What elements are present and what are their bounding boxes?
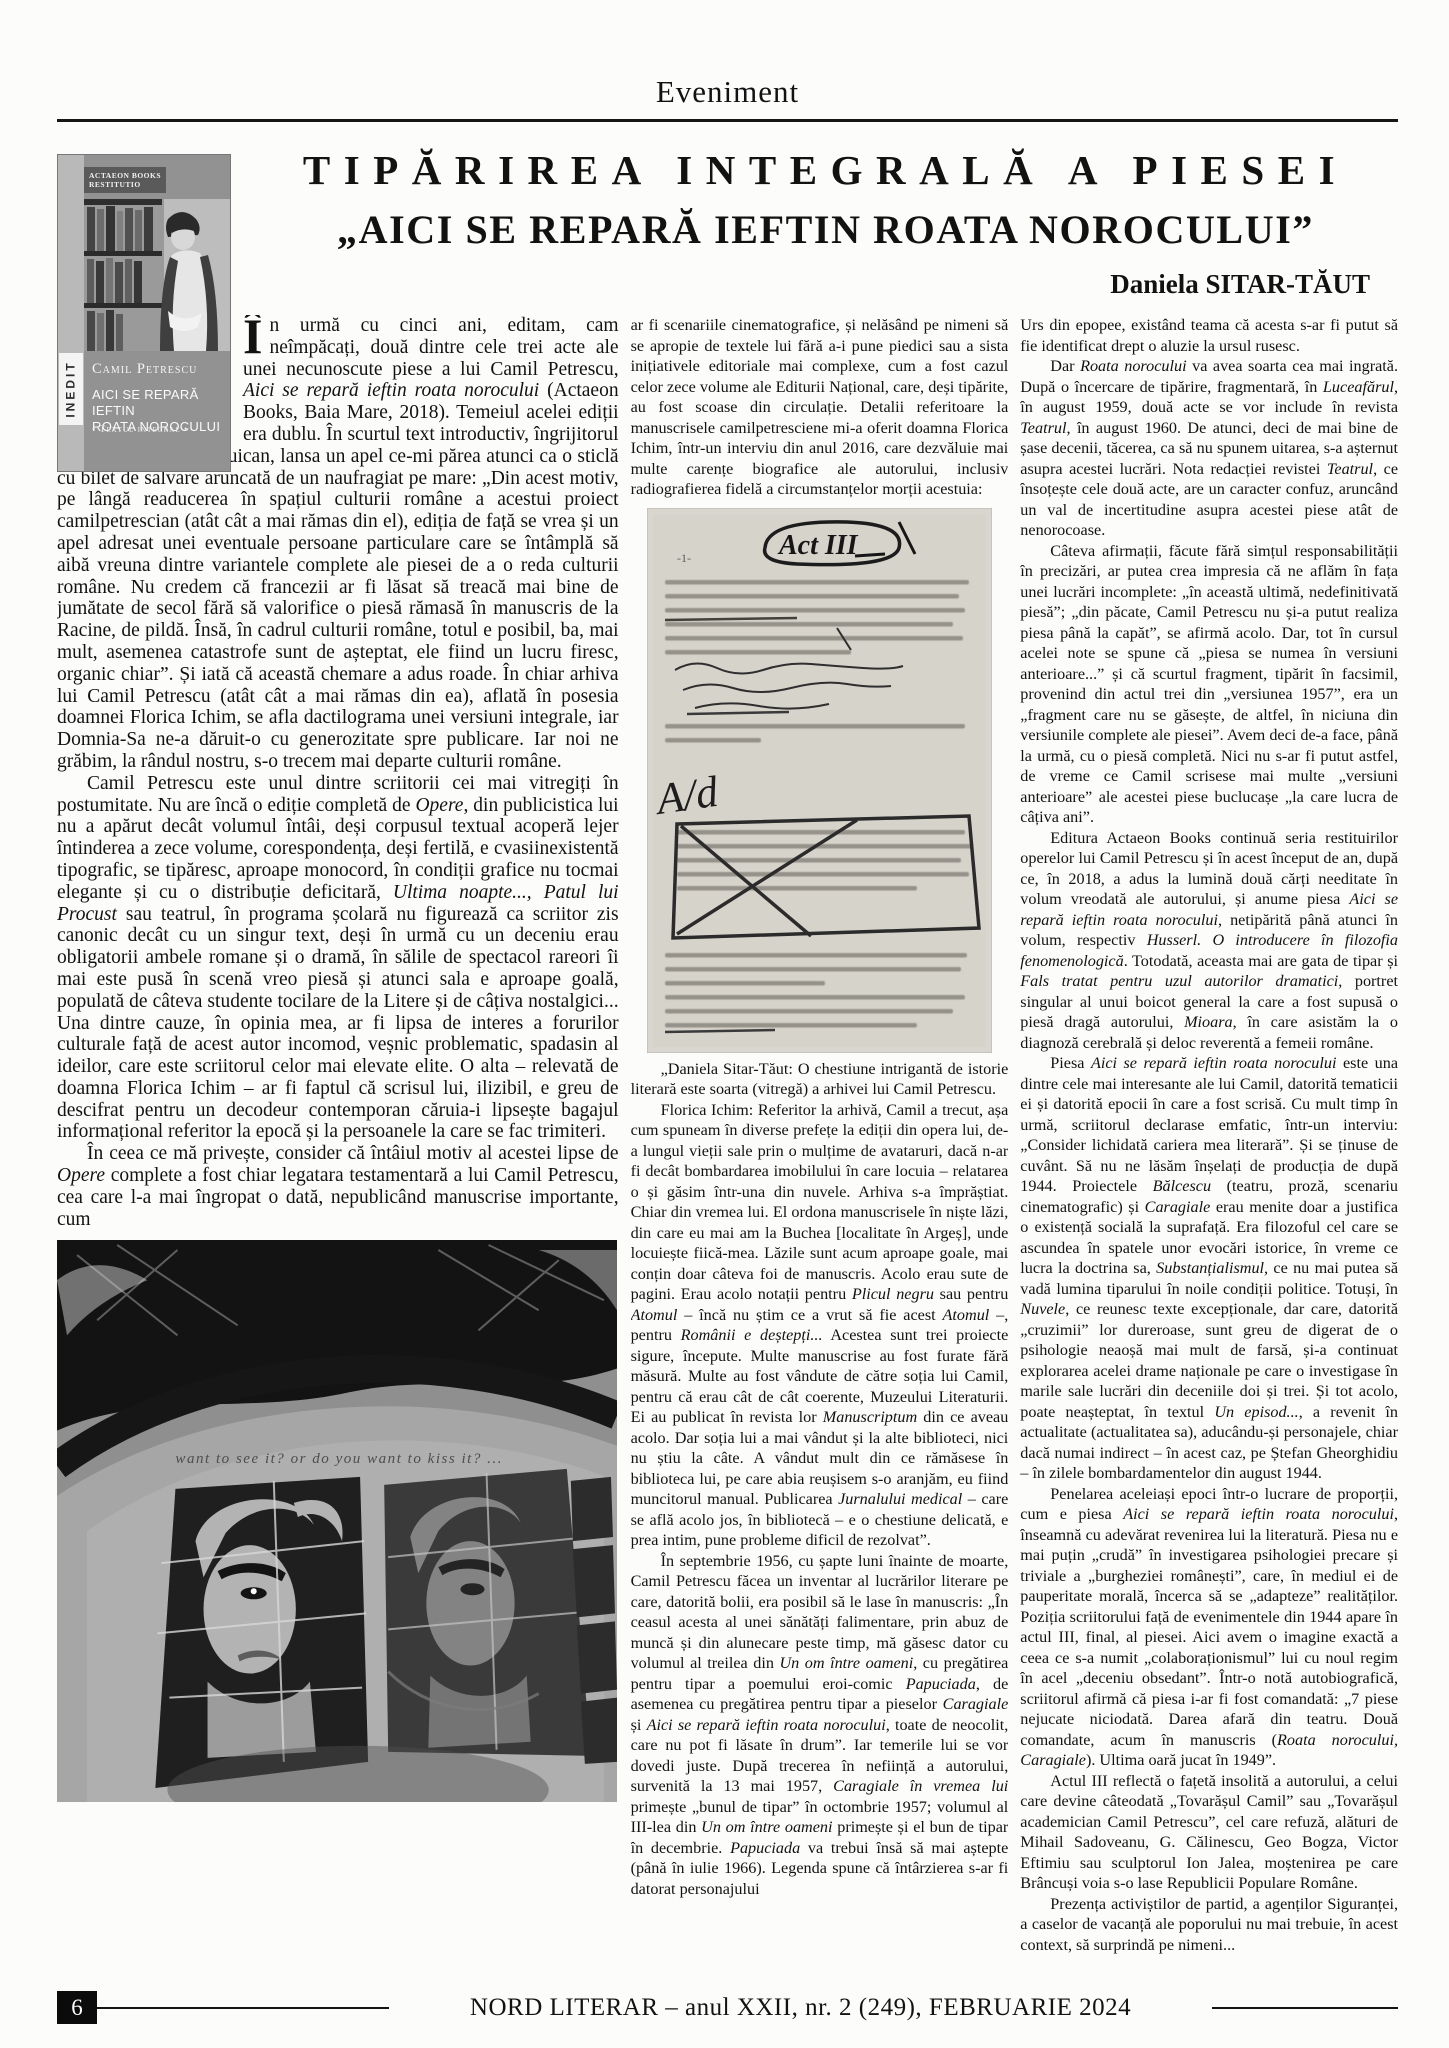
byline: Daniela SITAR-TĂUT: [57, 269, 1398, 300]
manuscript-facsimile-image: -1- Act III: [647, 508, 992, 1053]
article-body: În urmă cu cinci ani, editam, cam neîmpă…: [57, 315, 1398, 1957]
publisher-badge-line2: RESTITUTIO: [89, 180, 141, 189]
footer-left-rule: [97, 2007, 389, 2009]
article-headline: TIPĂRIREA INTEGRALĂ A PIESEI „AICI SE RE…: [253, 146, 1398, 253]
header-rule: [57, 119, 1398, 122]
footer-right-rule: [1212, 2007, 1398, 2009]
publisher-badge-line1: ACTAEON BOOKS: [89, 171, 161, 180]
column-1: În urmă cu cinci ani, editam, cam neîmpă…: [57, 315, 619, 1957]
headline-line2: „AICI SE REPARĂ IEFTIN ROATA NOROCULUI”: [253, 206, 1398, 253]
cover-subtitle: • Textul integral •: [92, 425, 188, 435]
margin-mark: A/d: [651, 766, 722, 824]
footer-credit: NORD LITERAR – anul XXII, nr. 2 (249), F…: [389, 1994, 1212, 2022]
paragraph: În septembrie 1956, cu șapte luni înaint…: [631, 1551, 1009, 1900]
paragraph: Camil Petrescu este unul dintre scriitor…: [57, 773, 619, 1144]
inedit-label: INEDIT: [59, 353, 83, 425]
book-cover-image: ACTAEON BOOKS RESTITUTIO: [58, 155, 230, 471]
paragraph: Penelarea aceleiași epoci într-o lucrare…: [1020, 1484, 1398, 1771]
artwork-image: want to see it? or do you want to kiss i…: [57, 1240, 617, 1802]
section-header: Eveniment: [57, 0, 1398, 110]
paragraph: Editura Actaeon Books continuă seria res…: [1020, 828, 1398, 1054]
paragraph: Urs din epopee, existând teama că acesta…: [1020, 315, 1398, 356]
paragraph: ar fi scenariile cinematografice, și nel…: [631, 315, 1009, 500]
drop-cap: Î: [243, 315, 269, 355]
newspaper-page: Eveniment ACTAEON BOOKS RESTITUTIO: [0, 0, 1449, 2048]
facsimile-figure: -1- Act III: [631, 508, 1009, 1053]
artwork-figure: want to see it? or do you want to kiss i…: [57, 1240, 619, 1802]
paragraph: Câteva afirmații, făcute fără simțul res…: [1020, 541, 1398, 828]
artwork-inscription: want to see it? or do you want to kiss i…: [175, 1451, 503, 1467]
page-footer: 6 NORD LITERAR – anul XXII, nr. 2 (249),…: [57, 1991, 1398, 2024]
paragraph: Dar Roata norocului va avea soarta cea m…: [1020, 356, 1398, 541]
column-3: Urs din epopee, existând teama că acesta…: [1020, 315, 1398, 1957]
page-number-box: 6: [57, 1991, 97, 2024]
cover-author: Camil Petrescu: [92, 361, 197, 378]
act-label: Act III: [777, 530, 859, 561]
paragraph: Florica Ichim: Referitor la arhivă, Cami…: [631, 1100, 1009, 1551]
headline-line1: TIPĂRIREA INTEGRALĂ A PIESEI: [253, 146, 1398, 194]
column-2: ar fi scenariile cinematografice, și nel…: [631, 315, 1009, 1957]
paragraph: Piesa Aici se repară ieftin roata norocu…: [1020, 1053, 1398, 1484]
author-photo: [84, 199, 230, 351]
paragraph: În ceea ce mă privește, consider că întâ…: [57, 1143, 619, 1230]
paragraph: Prezența activiștilor de partid, a agenț…: [1020, 1894, 1398, 1956]
facsimile-page-number: -1-: [677, 551, 691, 565]
cover-title-line1: AICI SE REPARĂ IEFTIN: [92, 387, 199, 418]
caption-paragraph: „Daniela Sitar-Tăut: O chestiune intriga…: [631, 1059, 1009, 1100]
publisher-badge: ACTAEON BOOKS RESTITUTIO: [84, 167, 166, 193]
paragraph: Actul III reflectă o fațetă insolită a a…: [1020, 1771, 1398, 1894]
